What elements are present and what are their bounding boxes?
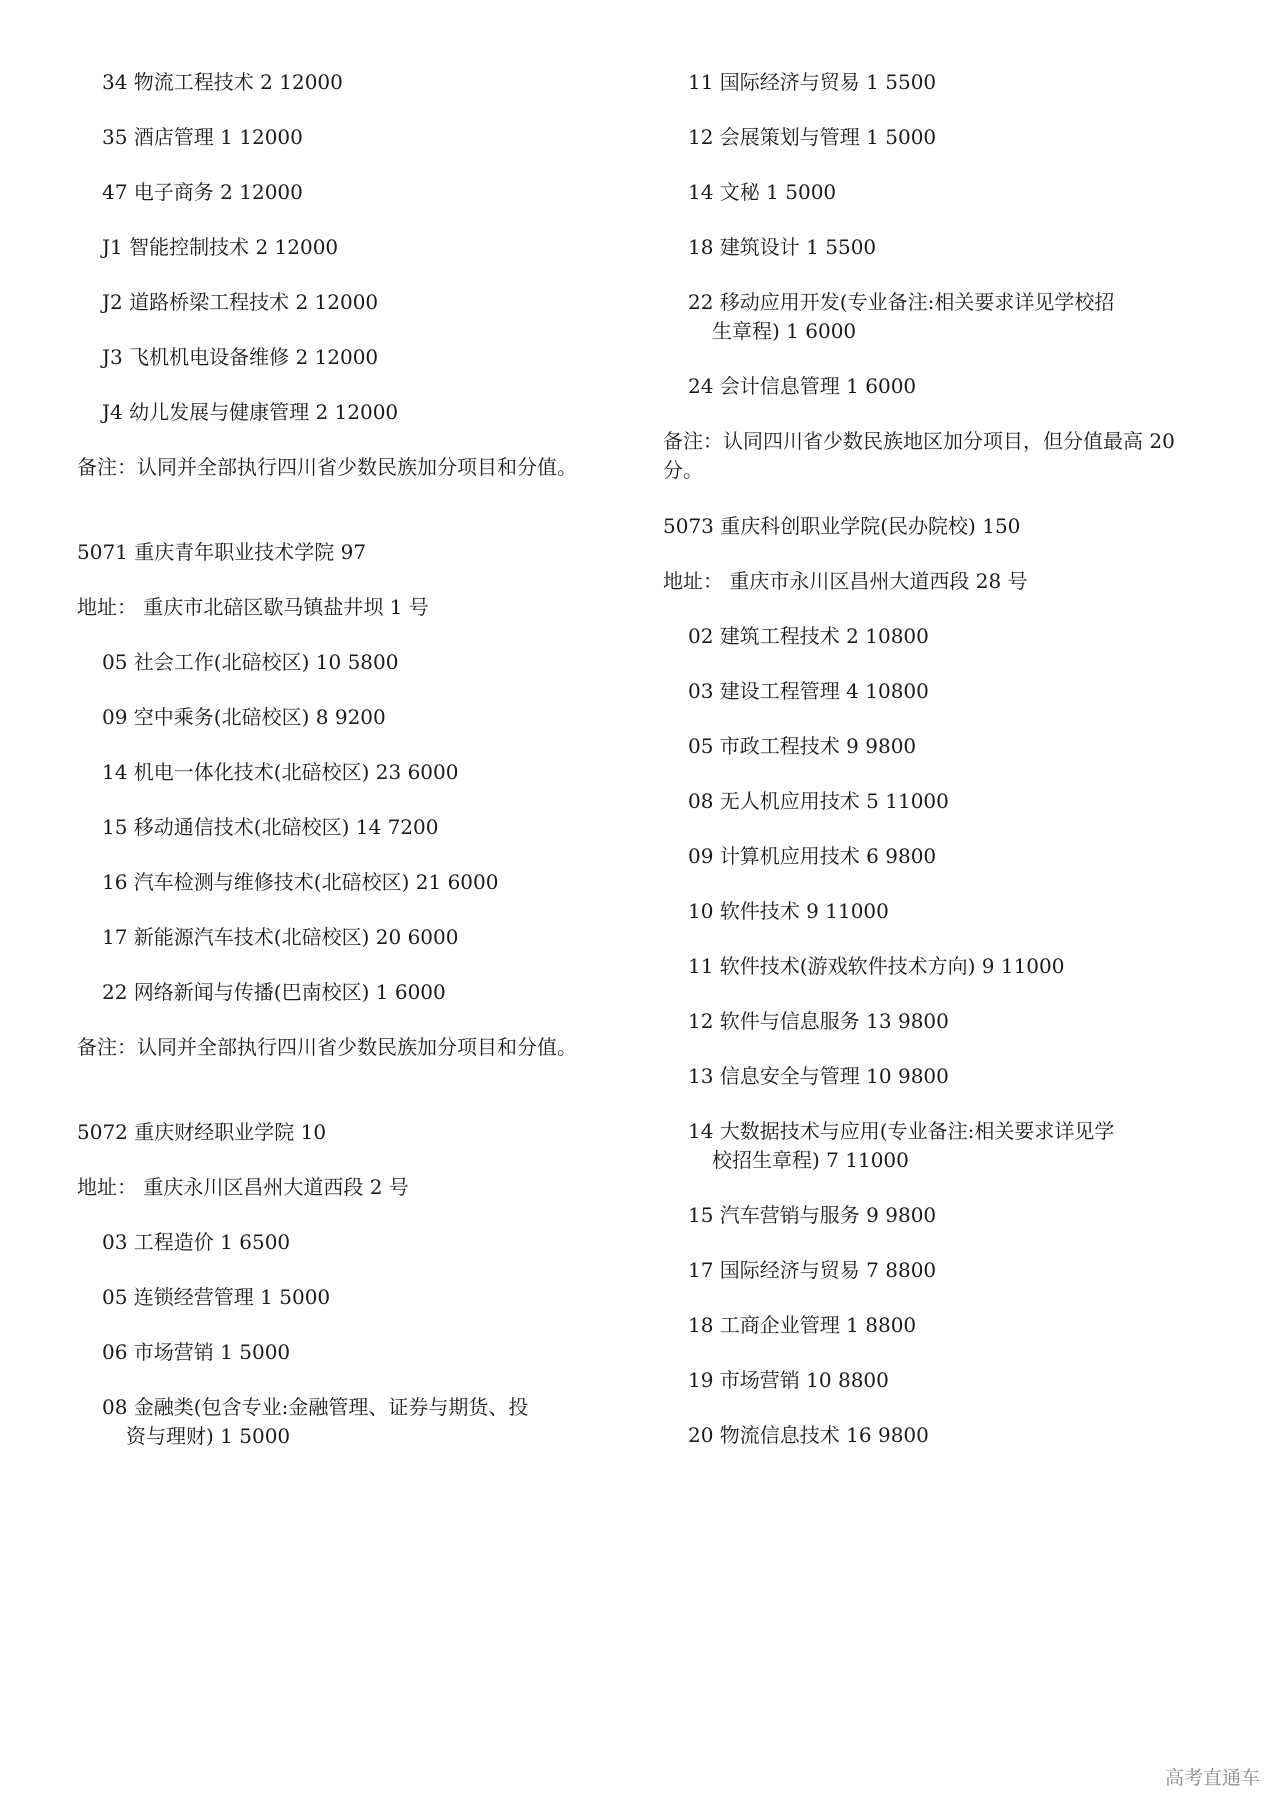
major-item: 05 连锁经营管理 1 5000: [77, 1283, 625, 1312]
major-item: 05 市政工程技术 9 9800: [663, 732, 1211, 761]
school-heading: 5073 重庆科创职业学院(民办院校) 150: [663, 512, 1211, 541]
major-item: J1 智能控制技术 2 12000: [77, 233, 625, 262]
major-item-text: 14 大数据技术与应用(专业备注:相关要求详见学: [688, 1119, 1114, 1143]
school-heading: 5072 重庆财经职业学院 10: [77, 1118, 625, 1147]
major-item: 03 建设工程管理 4 10800: [663, 677, 1211, 706]
major-item: 22 网络新闻与传播(巴南校区) 1 6000: [77, 978, 625, 1007]
major-item: 10 软件技术 9 11000: [663, 897, 1211, 926]
major-item: 16 汽车检测与维修技术(北碚校区) 21 6000: [77, 868, 625, 897]
major-item: 11 软件技术(游戏软件技术方向) 9 11000: [663, 952, 1211, 981]
major-item: 17 国际经济与贸易 7 8800: [663, 1256, 1211, 1285]
remark-note: 备注：认同并全部执行四川省少数民族加分项目和分值。: [77, 453, 625, 482]
major-item-continuation: 资与理财) 1 5000: [102, 1422, 625, 1451]
major-item: 22 移动应用开发(专业备注:相关要求详见学校招 生章程) 1 6000: [663, 288, 1211, 346]
major-item: 18 建筑设计 1 5500: [663, 233, 1211, 262]
major-item: 15 移动通信技术(北碚校区) 14 7200: [77, 813, 625, 842]
major-item-text: 22 移动应用开发(专业备注:相关要求详见学校招: [688, 290, 1114, 314]
major-item: 12 会展策划与管理 1 5000: [663, 123, 1211, 152]
major-item: 17 新能源汽车技术(北碚校区) 20 6000: [77, 923, 625, 952]
school-heading: 5071 重庆青年职业技术学院 97: [77, 538, 625, 567]
major-item: 09 空中乘务(北碚校区) 8 9200: [77, 703, 625, 732]
remark-note: 备注：认同四川省少数民族地区加分项目，但分值最高 20 分。: [663, 427, 1211, 485]
major-item-text: 08 金融类(包含专业:金融管理、证券与期货、投: [102, 1395, 528, 1419]
major-item: 34 物流工程技术 2 12000: [77, 68, 625, 97]
major-item: 11 国际经济与贸易 1 5500: [663, 68, 1211, 97]
school-address: 地址： 重庆永川区昌州大道西段 2 号: [77, 1173, 625, 1202]
remark-note: 备注：认同并全部执行四川省少数民族加分项目和分值。: [77, 1033, 625, 1062]
major-item: 20 物流信息技术 16 9800: [663, 1421, 1211, 1450]
major-item: 15 汽车营销与服务 9 9800: [663, 1201, 1211, 1230]
major-item: J4 幼儿发展与健康管理 2 12000: [77, 398, 625, 427]
major-item: 14 机电一体化技术(北碚校区) 23 6000: [77, 758, 625, 787]
watermark-label: 高考直通车: [1165, 1763, 1260, 1790]
major-item-continuation: 校招生章程) 7 11000: [688, 1146, 1211, 1175]
school-address: 地址： 重庆市北碚区歇马镇盐井坝 1 号: [77, 593, 625, 622]
major-item: 24 会计信息管理 1 6000: [663, 372, 1211, 401]
major-item: 08 金融类(包含专业:金融管理、证券与期货、投 资与理财) 1 5000: [77, 1393, 625, 1451]
major-item: 14 文秘 1 5000: [663, 178, 1211, 207]
major-item: 18 工商企业管理 1 8800: [663, 1311, 1211, 1340]
major-item: 14 大数据技术与应用(专业备注:相关要求详见学 校招生章程) 7 11000: [663, 1117, 1211, 1175]
major-item: 08 无人机应用技术 5 11000: [663, 787, 1211, 816]
major-item: 03 工程造价 1 6500: [77, 1228, 625, 1257]
major-item: 13 信息安全与管理 10 9800: [663, 1062, 1211, 1091]
major-item: 47 电子商务 2 12000: [77, 178, 625, 207]
major-item: 12 软件与信息服务 13 9800: [663, 1007, 1211, 1036]
major-item: 06 市场营销 1 5000: [77, 1338, 625, 1367]
major-item: J2 道路桥梁工程技术 2 12000: [77, 288, 625, 317]
major-item: 09 计算机应用技术 6 9800: [663, 842, 1211, 871]
major-item: 05 社会工作(北碚校区) 10 5800: [77, 648, 625, 677]
major-item: J3 飞机机电设备维修 2 12000: [77, 343, 625, 372]
major-item: 19 市场营销 10 8800: [663, 1366, 1211, 1395]
school-address: 地址： 重庆市永川区昌州大道西段 28 号: [663, 567, 1211, 596]
major-item: 35 酒店管理 1 12000: [77, 123, 625, 152]
major-item-continuation: 生章程) 1 6000: [688, 317, 1211, 346]
major-item: 02 建筑工程技术 2 10800: [663, 622, 1211, 651]
